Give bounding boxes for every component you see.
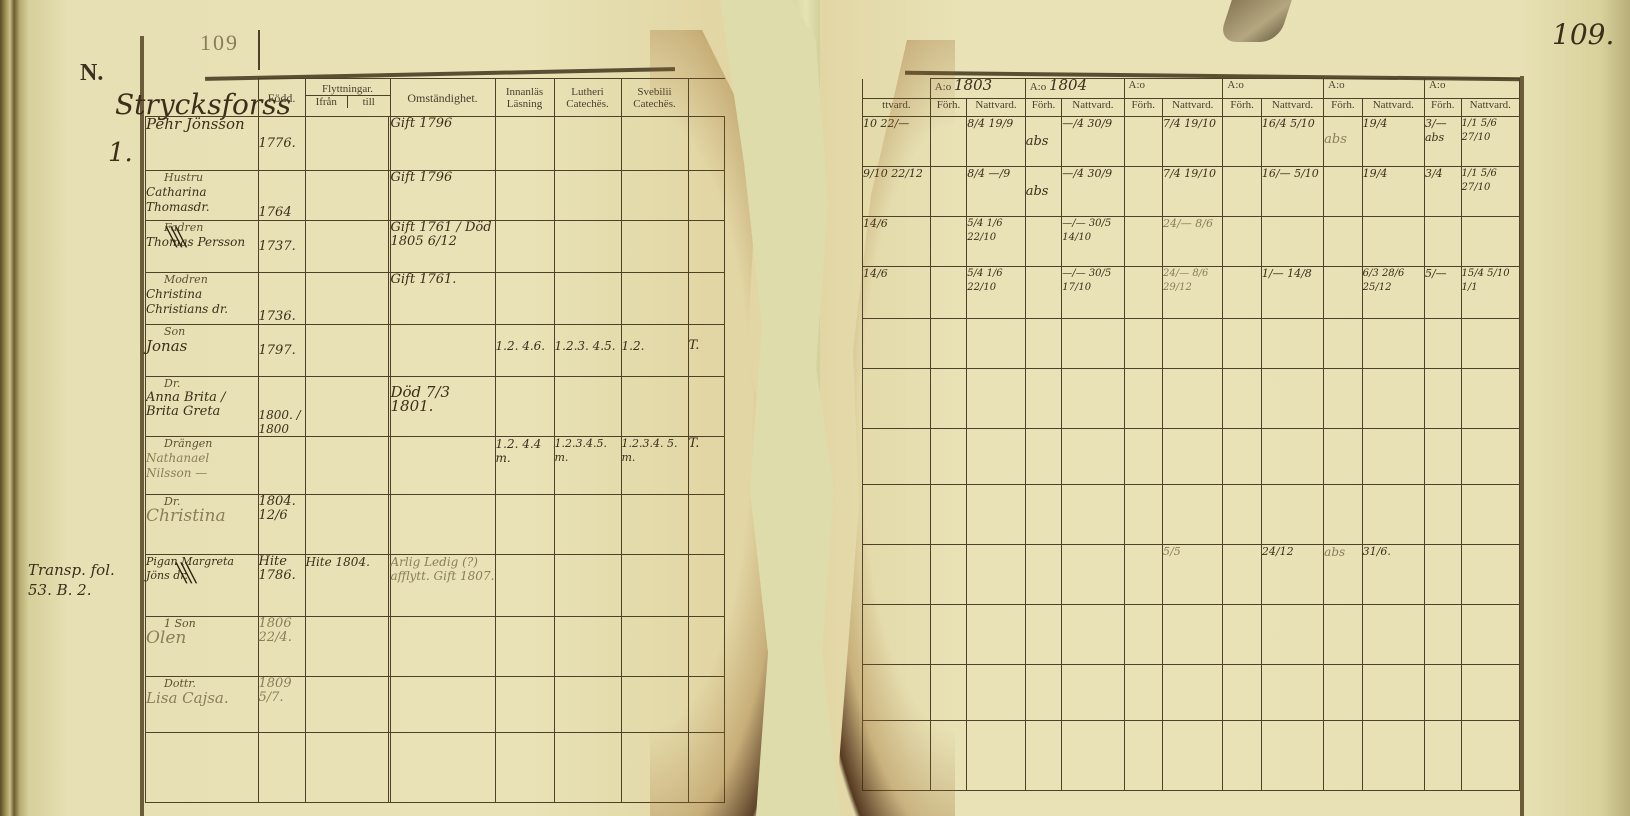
register-row: Dr.Anna Brita / Brita Greta 1800. / 1800…: [146, 377, 725, 437]
nattvard-1804: —/4 30/9: [1062, 167, 1124, 217]
person-cell: 1 SonOlen: [146, 617, 259, 677]
nattvard-year6: 1/1 5/6 27/10: [1461, 167, 1519, 217]
person-name: Lisa Cajsa.: [146, 689, 229, 707]
strike-through-marks: ╲╲╲: [176, 567, 191, 581]
innanlasning-value: [495, 617, 554, 677]
born-year: 1764: [258, 171, 305, 221]
circumstance: Död 7/3 1801.: [390, 377, 495, 437]
nattvard-1803: 8/4 19/9: [967, 117, 1025, 167]
communion-row: 14/6 5/4 1/6 22/10 —/— 30/5 17/10 24/— 8…: [863, 267, 1520, 319]
nattvard-1803: 5/4 1/6 22/10: [967, 217, 1025, 267]
born-year: 1800. / 1800: [258, 377, 305, 437]
subheader-nattvard: Nattvard.: [1163, 99, 1223, 117]
nattvard-1803: 8/4 —/9: [967, 167, 1025, 217]
register-row: Pigan Margreta Jöns dr.╲╲╲ Hite 1786. Hi…: [146, 555, 725, 617]
nattvard-year4: 16/— 5/10: [1261, 167, 1323, 217]
person-name: Nathanael Nilsson —: [146, 451, 209, 480]
subheader-forh: Förh.: [1324, 99, 1363, 117]
forh-year5: abs: [1324, 117, 1363, 167]
nattvard-year5: 31/6.: [1362, 545, 1424, 605]
circumstance: [390, 437, 495, 495]
person-cell: Dr.Christina: [146, 495, 259, 555]
nattvard-year5: 19/4: [1362, 117, 1424, 167]
book-spread: 109 109. N. 1. Transp. fol. 53. B. 2. St…: [0, 0, 1630, 816]
subheader-nattvard: Nattvard.: [1362, 99, 1424, 117]
forh-year3: [1124, 217, 1163, 267]
nattvard-year5: 6/3 28/6 25/12: [1362, 267, 1424, 319]
book-binding-edge: [0, 0, 30, 816]
subheader-forh: Förh.: [1124, 99, 1163, 117]
luther-value: [554, 171, 621, 221]
circumstance: [390, 733, 495, 803]
register-row: Dr.Christina 1804. 12/6: [146, 495, 725, 555]
innanlasning-value: 1.2. 4.6.: [495, 325, 554, 377]
circumstance: [390, 495, 495, 555]
strike-through-marks: ╲╲╲: [166, 231, 181, 245]
luther-value: [554, 117, 621, 171]
forh-year6: 3/— abs: [1424, 117, 1461, 167]
subheader-forh: Förh.: [1223, 99, 1262, 117]
communion-row: [863, 721, 1520, 791]
subheader-nattvard: Nattvard.: [1062, 99, 1124, 117]
born-year: 1737.: [258, 221, 305, 273]
year-header-1804: A:o 1804: [1025, 79, 1124, 99]
moved-from: [305, 221, 389, 273]
communion-row: 9/10 22/12 8/4 —/9 abs —/4 30/9 7/4 19/1…: [863, 167, 1520, 217]
register-row: ModrenChristina Christians dr. 1736. Gif…: [146, 273, 725, 325]
header-name-cell: [146, 79, 259, 117]
innanlasning-value: [495, 117, 554, 171]
nattvard-year3: 24/— 8/6 29/12: [1163, 267, 1223, 319]
luther-value: [554, 273, 621, 325]
innanlasning-value: 1.2. 4.4 m.: [495, 437, 554, 495]
moved-from: [305, 273, 389, 325]
relation-label: Dr.: [146, 377, 258, 391]
nattvard-year6: 15/4 5/10 1/1: [1461, 267, 1519, 319]
forh-year5: [1324, 267, 1363, 319]
communion-row: [863, 319, 1520, 369]
forh-1804: [1025, 217, 1062, 267]
nattvard-year3: 7/4 19/10: [1163, 117, 1223, 167]
register-row: Dottr.Lisa Cajsa. 1809 5/7.: [146, 677, 725, 733]
left-margin-rule: [140, 36, 144, 816]
luther-value: [554, 617, 621, 677]
circumstance: [390, 617, 495, 677]
person-cell: Dottr.Lisa Cajsa.: [146, 677, 259, 733]
person-cell: Pehr Jönsson: [146, 117, 259, 171]
circumstance: Gift 1796: [390, 171, 495, 221]
circumstance: Arlig Ledig (?) afflytt. Gift 1807.: [390, 555, 495, 617]
forh-1804: abs: [1025, 167, 1062, 217]
communion-row: 10 22/— 8/4 19/9 abs —/4 30/9 7/4 19/10 …: [863, 117, 1520, 167]
moved-from: [305, 733, 389, 803]
number-marker: N.: [80, 60, 103, 87]
circumstance: Gift 1796: [390, 117, 495, 171]
luther-value: 1.2.3. 4.5.: [554, 325, 621, 377]
register-row: Pehr Jönsson 1776. Gift 1796: [146, 117, 725, 171]
header-flyttningar-label: Flyttningar.: [306, 79, 390, 96]
nattvard-year4: 24/12: [1261, 545, 1323, 605]
innanlasning-value: [495, 171, 554, 221]
subheader-row: ttvard. Förh. Nattvard. Förh. Nattvard. …: [863, 99, 1520, 117]
nattvard-year6: 1/1 5/6 27/10: [1461, 117, 1519, 167]
nattvard-1803: 5/4 1/6 22/10: [967, 267, 1025, 319]
luther-value: [554, 555, 621, 617]
right-register-table: A:o 1803 A:o 1804 A:o A:o A:o A:o ttvard…: [862, 78, 1520, 791]
nattvard-year4: [1261, 217, 1323, 267]
person-name: Catharina Thomasdr.: [146, 185, 210, 214]
communion-row: [863, 605, 1520, 665]
person-cell: FadrenThomas Persson╲╲╲: [146, 221, 259, 273]
register-row: FadrenThomas Persson╲╲╲ 1737. Gift 1761 …: [146, 221, 725, 273]
relation-label: Modren: [146, 273, 258, 287]
innanlasning-value: [495, 495, 554, 555]
communion-row: [863, 485, 1520, 545]
header-luthers-catech: Lutheri Catechës.: [554, 79, 621, 117]
person-cell: Dr.Anna Brita / Brita Greta: [146, 377, 259, 437]
year-header-empty: A:o: [1223, 79, 1324, 99]
subheader-forh: Förh.: [1424, 99, 1461, 117]
header-ifran: Ifrån: [306, 96, 349, 108]
relation-label: Drängen: [146, 437, 258, 451]
forh-1804: [1025, 267, 1062, 319]
luther-value: [554, 677, 621, 733]
moved-from: [305, 495, 389, 555]
register-row: 1 SonOlen 1806 22/4.: [146, 617, 725, 677]
nattvard-year3: 24/— 8/6: [1163, 217, 1223, 267]
person-cell: HustruCatharina Thomasdr.: [146, 171, 259, 221]
nattvard-year4: 16/4 5/10: [1261, 117, 1323, 167]
person-name: Anna Brita / Brita Greta: [146, 390, 225, 419]
person-name: Jonas: [146, 337, 187, 355]
right-page-number: 109.: [1552, 18, 1614, 51]
moved-from: [305, 437, 389, 495]
communion-row: 5/5 24/12 abs 31/6.: [863, 545, 1520, 605]
innanlasning-value: [495, 377, 554, 437]
header-fodd: Född.: [258, 79, 305, 117]
person-name: Pehr Jönsson: [146, 115, 245, 133]
moved-from: [305, 117, 389, 171]
year-value: 1804: [1049, 76, 1087, 94]
page-number-divider: [258, 30, 260, 70]
circumstance: Gift 1761.: [390, 273, 495, 325]
communion-row: [863, 665, 1520, 721]
person-name: Thomas Persson: [146, 235, 245, 249]
innanlasning-value: [495, 221, 554, 273]
forh-year4: [1223, 217, 1262, 267]
born-year: [258, 437, 305, 495]
right-margin-rule: [1520, 76, 1524, 816]
forh-year3: [1124, 267, 1163, 319]
forh-year6: 5/—: [1424, 267, 1461, 319]
born-year: 1797.: [258, 325, 305, 377]
person-cell: SonJonas: [146, 325, 259, 377]
nattvard-1804: —/— 30/5 14/10: [1062, 217, 1124, 267]
year-value: 1803: [954, 76, 992, 94]
year-header-row: A:o 1803 A:o 1804 A:o A:o A:o A:o: [863, 79, 1520, 99]
circumstance: [390, 325, 495, 377]
luther-value: [554, 221, 621, 273]
header-flyttningar-sub: Ifrån till: [306, 96, 390, 108]
moved-from: [305, 325, 389, 377]
moved-from: [305, 171, 389, 221]
forh-year4: [1223, 117, 1262, 167]
header-till: till: [348, 96, 390, 108]
moved-from: [305, 617, 389, 677]
person-name: Olen: [146, 628, 186, 648]
person-name: Christina Christians dr.: [146, 287, 228, 316]
register-row: HustruCatharina Thomasdr. 1764 Gift 1796: [146, 171, 725, 221]
communion-row: 14/6 5/4 1/6 22/10 —/— 30/5 14/10 24/— 8…: [863, 217, 1520, 267]
header-innanlasning: Innanläs Läsning: [495, 79, 554, 117]
circumstance: [390, 677, 495, 733]
forh-year4: [1223, 167, 1262, 217]
person-cell: ModrenChristina Christians dr.: [146, 273, 259, 325]
innanlasning-value: [495, 555, 554, 617]
born-year: 1806 22/4.: [258, 617, 305, 677]
forh-year3: [1124, 117, 1163, 167]
person-name: Christina: [146, 506, 226, 526]
forh-year5: [1324, 167, 1363, 217]
subheader-nattvard: Nattvard.: [967, 99, 1025, 117]
born-year: [258, 733, 305, 803]
nattvard-year6: [1461, 217, 1519, 267]
relation-label: Fadren: [146, 221, 258, 235]
luther-value: [554, 377, 621, 437]
register-row: DrängenNathanael Nilsson — 1.2. 4.4 m. 1…: [146, 437, 725, 495]
moved-from: Hite 1804.: [305, 555, 389, 617]
nattvard-year5: 19/4: [1362, 167, 1424, 217]
nattvard-1804: —/4 30/9: [1062, 117, 1124, 167]
household-number: 1.: [108, 138, 133, 168]
forh-year6: 3/4: [1424, 167, 1461, 217]
nattvard-year3: 7/4 19/10: [1163, 167, 1223, 217]
header-omstandighet: Omständighet.: [390, 79, 495, 117]
left-page-number: 109: [200, 30, 239, 56]
nattvard-year5: [1362, 217, 1424, 267]
subheader-nattvard: Nattvard.: [1261, 99, 1323, 117]
born-year: Hite 1786.: [258, 555, 305, 617]
person-cell: Pigan Margreta Jöns dr.╲╲╲: [146, 555, 259, 617]
born-year: 1809 5/7.: [258, 677, 305, 733]
register-row: [146, 733, 725, 803]
register-row: SonJonas 1797. 1.2. 4.6. 1.2.3. 4.5. 1.2…: [146, 325, 725, 377]
nattvard-year4: 1/— 14/8: [1261, 267, 1323, 319]
subheader-nattvard: Nattvard.: [1461, 99, 1519, 117]
nattvard-1804: —/— 30/5 17/10: [1062, 267, 1124, 319]
circumstance: Gift 1761 / Död 1805 6/12: [390, 221, 495, 273]
year-prefix: A:o: [1030, 81, 1047, 93]
communion-row: [863, 429, 1520, 485]
innanlasning-value: [495, 677, 554, 733]
forh-year5: [1324, 217, 1363, 267]
person-cell: [146, 733, 259, 803]
year-header-empty: A:o: [1424, 79, 1519, 99]
born-year: 1736.: [258, 273, 305, 325]
subheader-forh: Förh.: [1025, 99, 1062, 117]
moved-from: [305, 677, 389, 733]
born-year: 1804. 12/6: [258, 495, 305, 555]
nattvard-year3: 5/5: [1163, 545, 1223, 605]
luther-value: 1.2.3.4.5. m.: [554, 437, 621, 495]
communion-row: [863, 369, 1520, 429]
forh-year4: [1223, 267, 1262, 319]
born-year: 1776.: [258, 117, 305, 171]
innanlasning-value: [495, 733, 554, 803]
relation-label: Hustru: [146, 171, 258, 185]
forh-1804: abs: [1025, 117, 1062, 167]
year-header-empty: A:o: [1324, 79, 1425, 99]
luther-value: [554, 733, 621, 803]
person-cell: DrängenNathanael Nilsson —: [146, 437, 259, 495]
header-flyttningar: Flyttningar. Ifrån till: [305, 79, 390, 117]
moved-from: [305, 377, 389, 437]
innanlasning-value: [495, 273, 554, 325]
forh-year6: [1424, 217, 1461, 267]
forh-year5: abs: [1324, 545, 1363, 605]
year-header-empty: A:o: [1124, 79, 1223, 99]
left-register-table: Född. Flyttningar. Ifrån till Omständigh…: [145, 78, 725, 803]
margin-note-transport: Transp. fol. 53. B. 2.: [28, 560, 118, 600]
forh-year3: [1124, 167, 1163, 217]
luther-value: [554, 495, 621, 555]
